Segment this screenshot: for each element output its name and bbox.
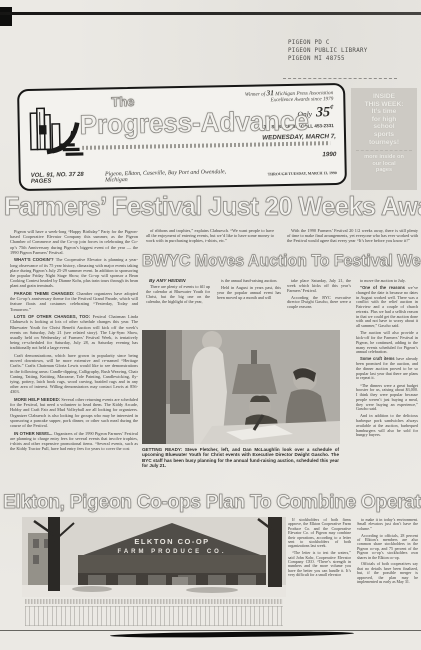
award-number: 31 <box>266 88 274 97</box>
paragraph: Pigeon will have a week-long “Happy Birt… <box>10 229 138 255</box>
headline-farmers-festival: Farmers’ Festival Just 20 Weeks Away <box>4 191 421 222</box>
paragraph: Held in August in years past, this year … <box>217 286 281 300</box>
paragraph: PARADE THEME CHANGED: Chamber organizers… <box>10 291 138 312</box>
paragraph: It’s time <box>353 108 415 116</box>
paragraph: INSIDE <box>353 93 415 101</box>
paragraph: to make it in today’s environment. Small… <box>357 518 418 531</box>
scan-artifact-bottom-streak <box>110 631 354 639</box>
masthead-box: Winner of 31 Michigan Press Association … <box>17 83 347 191</box>
paragraph: IN OTHER NEWS... Organizers of the 1990 … <box>10 431 138 452</box>
building-sign-line1: ELKTON CO-OP <box>134 537 209 546</box>
paragraph: And in addition to the delicious barbequ… <box>356 414 418 438</box>
paragraph: WHAT’S COOKIN’? The Cooperative Elevator… <box>10 257 138 288</box>
mailing-label: PIGEON PD C PIGEON PUBLIC LIBRARY PIGEON… <box>288 40 368 63</box>
paragraph: MORE HELP NEEDED: Several other returnin… <box>10 397 138 428</box>
mailing-label-line: PIGEON PUBLIC LIBRARY <box>288 48 368 56</box>
paragraph: “The letter is to test the waters,” said… <box>288 551 351 577</box>
story1-column-3: With the 1990 Farmers’ Festival 20 1/2 w… <box>287 228 418 254</box>
paragraph: take place Saturday, July 21, the week w… <box>287 279 351 293</box>
scan-artifact-top-line <box>0 12 421 15</box>
story1-column-2: of ribbons and trophies,” explains Clabu… <box>146 228 274 254</box>
inside-week-lines: INSIDETHIS WEEK:It’s timefor highschools… <box>353 93 415 146</box>
dashed-divider <box>283 78 397 79</box>
story2-column-2: is the annual fund-raising auction.Held … <box>217 279 281 329</box>
paragraph: “One of the reasons we’ve changed the da… <box>356 286 418 329</box>
paragraph: to move the auction to July. <box>356 279 418 284</box>
scan-artifact-bottom-line <box>0 630 421 631</box>
paragraph: With the 1990 Farmers’ Festival 20 1/2 w… <box>287 228 418 244</box>
paragraph: Officials of both cooperatives say that … <box>357 562 418 584</box>
bwyc-staff-photo <box>142 330 340 444</box>
masthead-bottom-row: VOL. 91, NO. 37 28 PAGES Pigeon, Elkton,… <box>30 125 337 185</box>
paragraph: According the BYC executive director Dwi… <box>287 296 351 310</box>
mailing-label-line: PIGEON MI 48755 <box>288 56 368 64</box>
paragraph: tourneys! <box>353 139 415 147</box>
byline: By AMY HEIDEN <box>146 279 210 284</box>
paragraph: is the annual fund-raising auction. <box>217 279 281 284</box>
paragraph: of ribbons and trophies,” explains Clabu… <box>146 228 274 244</box>
paragraph: pages <box>353 167 415 174</box>
paragraph: According to officials, 28 percent of El… <box>357 534 418 560</box>
paragraph: LOTS OF OTHER CHANGES, TOO: Festival Cha… <box>10 314 138 350</box>
inside-week-lines-2: more inside onour localpages <box>353 154 415 174</box>
story2-column-3: take place Saturday, July 21, the week w… <box>287 279 351 329</box>
award-pre: Winner of <box>245 91 265 97</box>
paragraph: more inside on <box>353 154 415 161</box>
story3-column-1: If stockholders of both firms approve, t… <box>288 518 351 610</box>
price-cent: ¢ <box>330 103 334 111</box>
headline-coops-combine: Elkton, Pigeon Co-ops Plan To Combine Op… <box>3 491 421 514</box>
illegible-caption-band <box>25 599 283 604</box>
award-line: Winner of 31 Michigan Press Association … <box>245 89 334 105</box>
paragraph: If stockholders of both firms approve, t… <box>288 518 351 549</box>
issue-date: WEDNESDAY, MARCH 7, 1990 <box>262 133 336 158</box>
newspaper-front-page: PIGEON PD C PIGEON PUBLIC LIBRARY PIGEON… <box>0 0 421 650</box>
paragraph: sports <box>353 131 415 139</box>
photo-caption: GETTING READY: Steve Fletcher, left, and… <box>142 447 339 468</box>
paragraph: The auction will also provide a kick-off… <box>356 331 418 355</box>
paragraph: Craft demonstrations, which have grown i… <box>10 353 138 395</box>
mailing-label-line: PIGEON PD C <box>288 40 368 48</box>
story2-column-1: By AMY HEIDEN There are plenty of events… <box>146 279 210 329</box>
dashed-divider <box>356 150 412 151</box>
paragraph: Some craft items have already been promi… <box>356 357 418 381</box>
story2-column-4: to move the auction to July.“One of the … <box>356 279 418 491</box>
building-sign-line2: FARM PRODUCE CO. <box>117 549 226 555</box>
story3-column-2: to make it in today’s environment. Small… <box>357 518 418 610</box>
scan-artifact-corner-mark <box>0 7 12 26</box>
elkton-coop-building-photo: ELKTON CO-OP FARM PRODUCE CO. <box>22 517 286 597</box>
story2-column-1-text: There are plenty of events to fill up th… <box>146 285 210 304</box>
inside-this-week-box: INSIDETHIS WEEK:It’s timefor highschools… <box>351 88 417 190</box>
cities-line: Pigeon, Elkton, Caseville, Bay Port and … <box>105 169 248 184</box>
story1-column-1: Pigeon will have a week-long “Happy Birt… <box>10 229 138 507</box>
caption-lead: GETTING READY: <box>142 447 182 452</box>
paragraph: “The dinners were a great budget booster… <box>356 384 418 413</box>
price-number: 35 <box>316 105 330 120</box>
volume-line: VOL. 91, NO. 37 28 PAGES <box>31 171 106 184</box>
paragraph: There are plenty of events to fill up th… <box>146 285 210 304</box>
masthead-title-the: The <box>111 94 134 109</box>
date-box: WEDNESDAY, MARCH 7, 1990 THROUGH TUESDAY… <box>247 125 336 181</box>
issue-date-range: THROUGH TUESDAY, MARCH 13, 1990 <box>268 171 337 176</box>
paragraph: school <box>353 123 415 131</box>
illegible-outline-headline-band <box>25 606 283 626</box>
headline-bwyc-auction: BWYC Moves Auction To Festival Week <box>142 252 421 271</box>
